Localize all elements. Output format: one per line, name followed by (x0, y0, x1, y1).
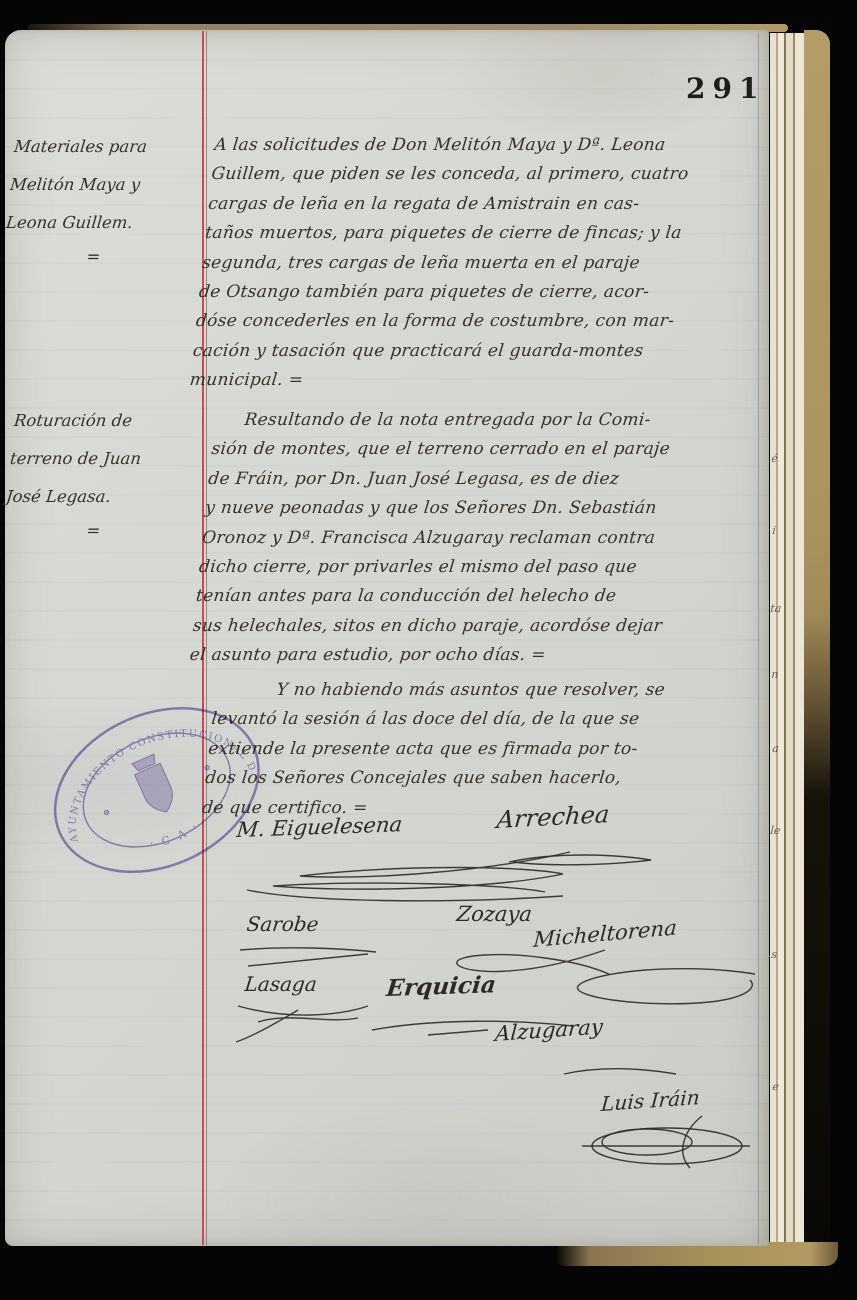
signature-lasaga: Lasaga (243, 972, 318, 996)
margin-note-line: Materiales para (12, 128, 200, 166)
margin-note-line: terreno de Juan (8, 440, 196, 478)
body-line: el asunto para estudio, por ocho días. = (188, 641, 743, 670)
svg-text:· C A ·: · C A · (145, 816, 203, 855)
photograph-of-ledger-page: 291 Materiales para Melitón Maya y Leona… (0, 0, 857, 1300)
edge-fragment: e (772, 1080, 780, 1093)
signature-zozaya: Zozaya (455, 902, 533, 926)
body-line: Guillem, que piden se les conceda, al pr… (210, 160, 765, 189)
body-line: cación y tasación que practicará el guar… (191, 337, 746, 366)
body-line: tenían antes para la conducción del hele… (194, 582, 749, 611)
signature-erquicia: Erquicia (385, 971, 497, 1002)
body-line: Y no habiendo más asuntos que resolver, … (213, 676, 768, 705)
signature-lasaga-rubric (228, 998, 378, 1048)
folio-number: 291 (686, 72, 765, 105)
body-line: sus helechales, sitos en dicho paraje, a… (191, 612, 746, 641)
body-line: dicho cierre, por privarles el mismo del… (197, 553, 752, 582)
body-line: de Fráin, por Dn. Juan José Legasa, es d… (207, 465, 762, 494)
body-line: sión de montes, que el terreno cerrado e… (210, 435, 765, 464)
signature-luis-irain-rubric (582, 1112, 752, 1174)
signature-micheltorena-rubric (560, 966, 760, 1012)
margin-note-materiales: Materiales para Melitón Maya y Leona Gui… (1, 128, 200, 272)
body-line: cargas de leña en la regata de Amistrain… (207, 190, 762, 219)
underlying-page-edges (770, 33, 804, 1245)
body-line: Oronoz y Dª. Francisca Alzugaray reclama… (201, 524, 756, 553)
signature-sarobe: Sarobe (245, 912, 319, 936)
edge-fragment: s (771, 948, 778, 961)
margin-note-line: Melitón Maya y (8, 166, 196, 204)
acta-paragraph-materiales: A las solicitudes de Don Melitón Maya y … (188, 131, 768, 396)
body-line: levantó la sesión á las doce del día, de… (210, 705, 765, 734)
signature-alzugaray-rubric (560, 1064, 680, 1080)
body-line: taños muertos, para piquetes de cierre d… (204, 219, 759, 248)
margin-note-line: José Legasa. (4, 478, 192, 516)
edge-fragment: é (771, 452, 779, 465)
margin-note-roturacion: Roturación de terreno de Juan José Legas… (1, 402, 200, 546)
signature-arrechea-rubric (505, 850, 655, 870)
edge-fragment: le (770, 824, 781, 837)
edge-fragment: ta (770, 602, 782, 615)
signature-sarobe-rubric (238, 946, 378, 970)
body-line: segunda, tres cargas de leña muerta en e… (201, 249, 756, 278)
margin-note-end-mark: = (1, 242, 188, 272)
book-fore-edge (804, 30, 830, 1246)
body-line: de Otsango también para piquetes de cier… (197, 278, 752, 307)
body-line: municipal. = (188, 366, 743, 395)
stamp-arc-bottom-text: · C A · (145, 816, 203, 855)
body-line: dóse concederles en la forma de costumbr… (194, 307, 749, 336)
stamp-coat-of-arms (91, 736, 219, 836)
edge-fragment: n (771, 668, 779, 681)
acta-paragraph-roturacion: Resultando de la nota entregada por la C… (188, 406, 768, 671)
margin-note-line: Leona Guillem. (4, 204, 192, 242)
body-line: extiende la presente acta que es firmada… (207, 735, 762, 764)
body-line: Resultando de la nota entregada por la C… (213, 406, 768, 435)
body-line: A las solicitudes de Don Melitón Maya y … (213, 131, 768, 160)
body-line: y nueve peonadas y que los Señores Dn. S… (204, 494, 759, 523)
margin-note-end-mark: = (1, 516, 188, 546)
body-line: dos los Señores Concejales que saben hac… (204, 764, 759, 793)
signature-arrechea: Arrechea (496, 800, 611, 834)
edge-fragment: a (772, 742, 780, 755)
margin-note-line: Roturación de (12, 402, 200, 440)
